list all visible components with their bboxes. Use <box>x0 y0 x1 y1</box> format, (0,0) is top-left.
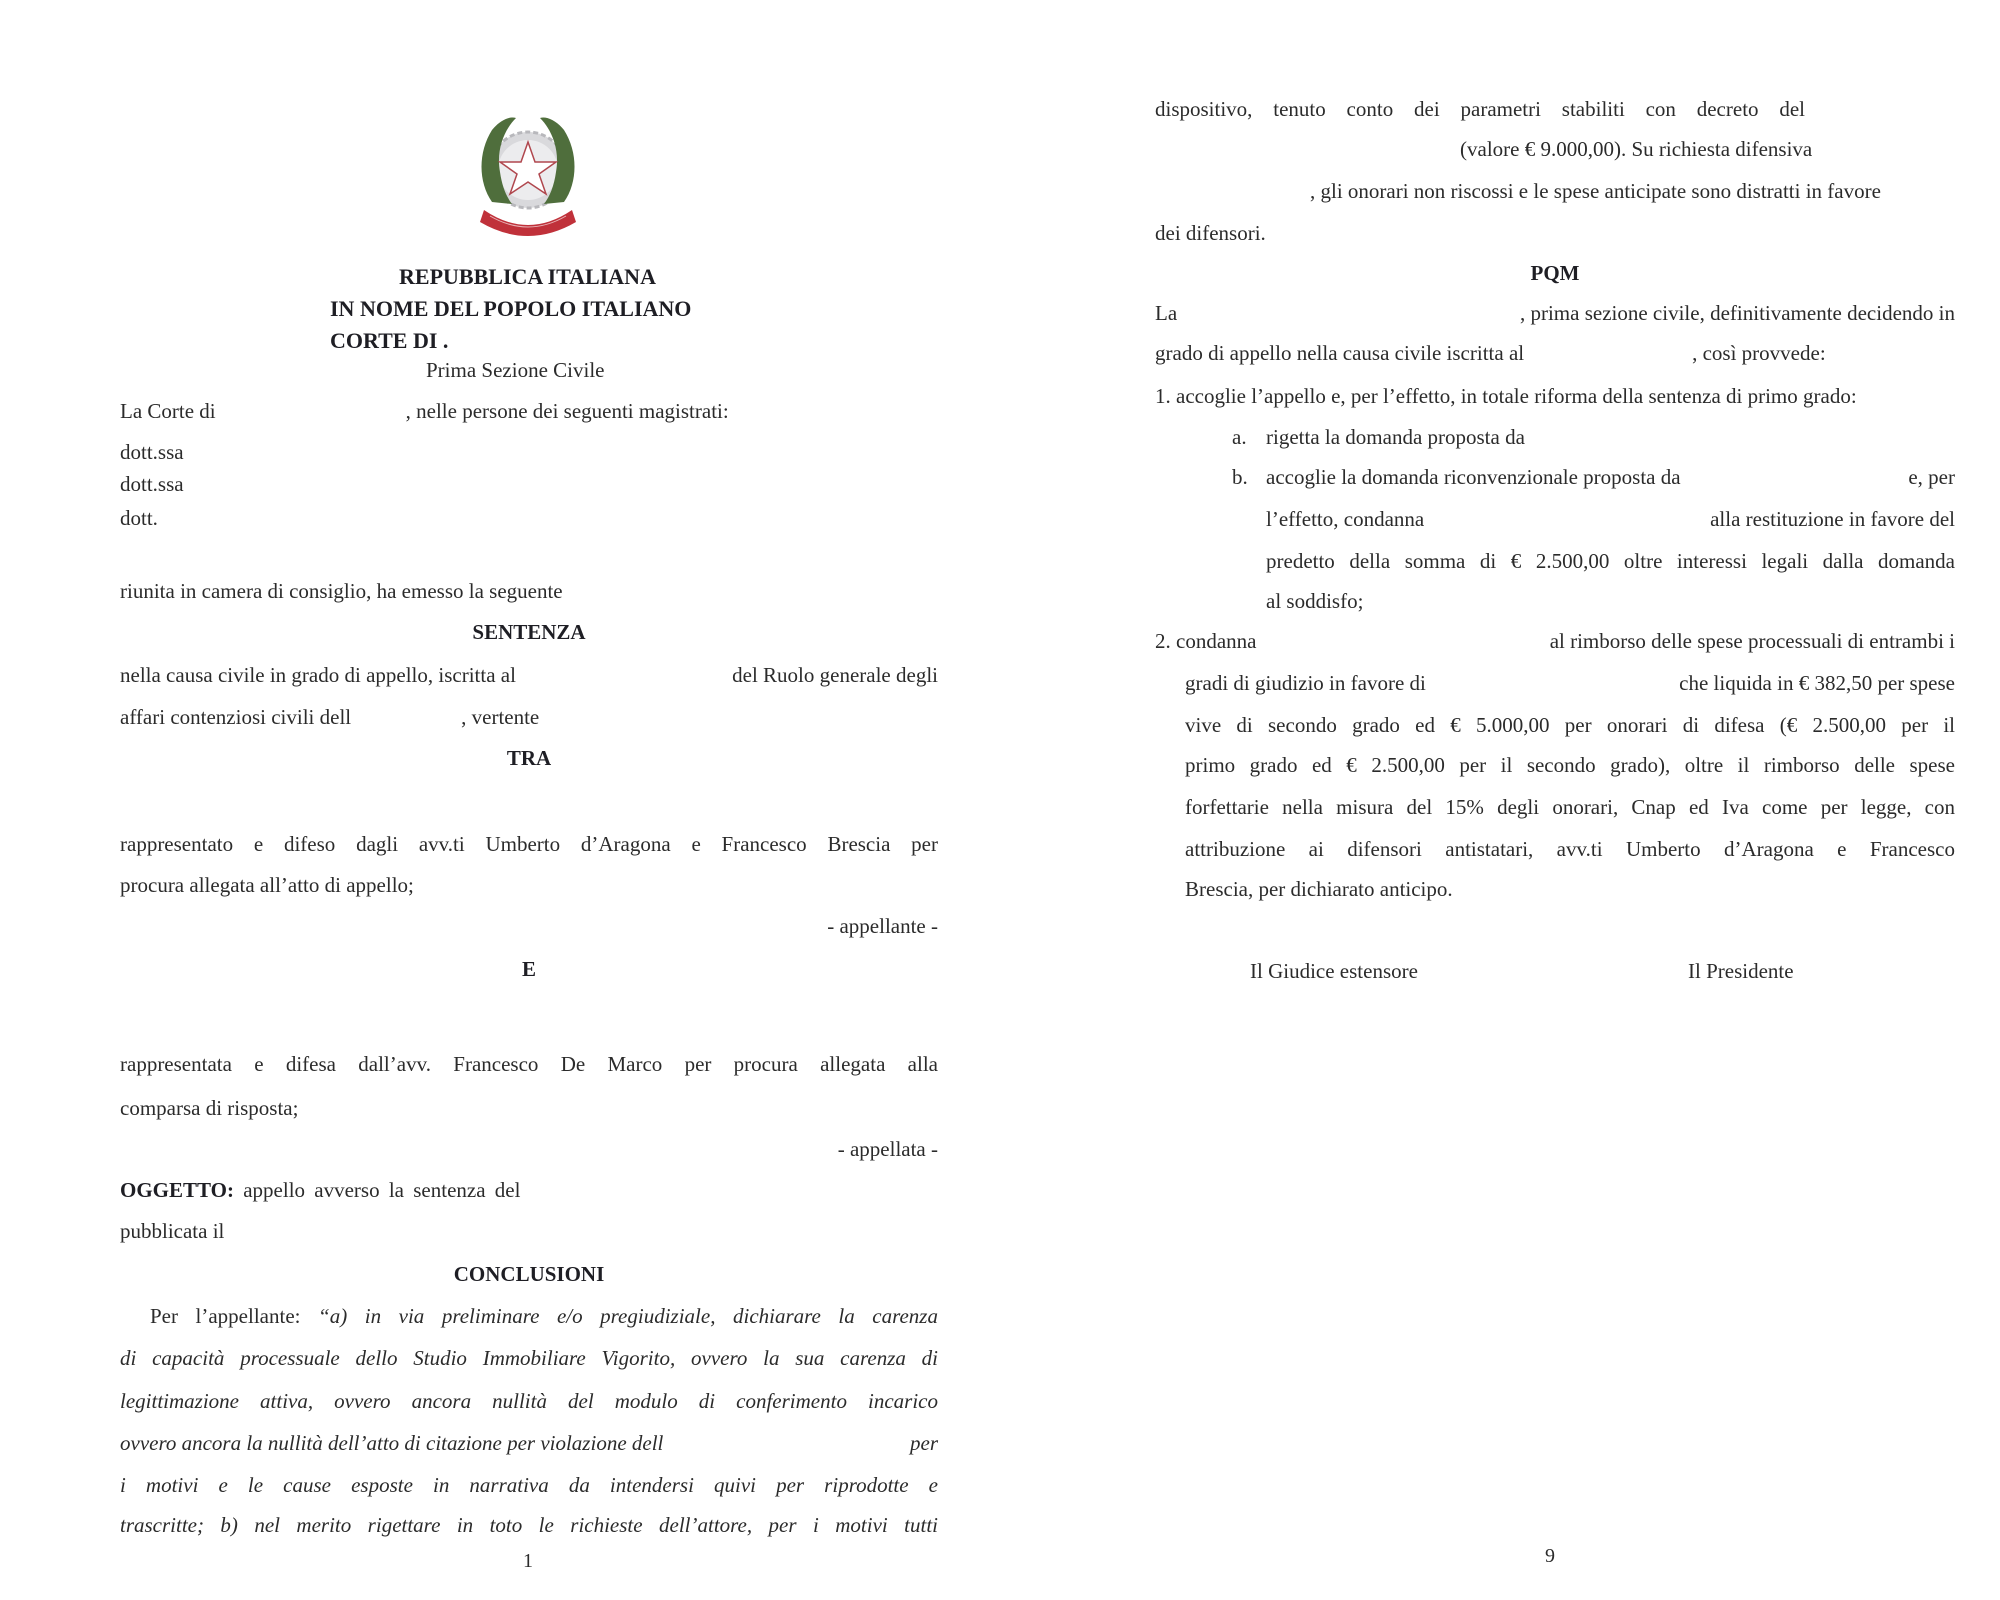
intro-line-1: dispositivo, tenuto conto dei parametri … <box>1155 96 1805 122</box>
item-1-number: 1. <box>1155 384 1171 408</box>
court-intro-after: , nelle persone dei seguenti magistrati: <box>406 399 729 423</box>
magistrate-3: dott. <box>120 505 158 531</box>
signature-judge: Il Giudice estensore <box>1250 958 1418 984</box>
oggetto-label: OGGETTO: <box>120 1178 234 1202</box>
item-2-number: 2. <box>1155 629 1171 653</box>
conclusioni-line-4-before: ovvero ancora la nullità dell’atto di ci… <box>120 1430 663 1456</box>
item-1b-line-1-before: accoglie la domanda riconvenzionale prop… <box>1266 464 1681 490</box>
header-court: CORTE DI . <box>330 328 448 354</box>
pqm-intro-2-before: grado di appello nella causa civile iscr… <box>1155 341 1524 365</box>
page-number: 9 <box>1545 1545 1555 1568</box>
item-1b-label: b. <box>1232 464 1248 490</box>
conclusioni-line-3: legittimazione attiva, ovvero ancora nul… <box>120 1388 938 1414</box>
signature-president: Il Presidente <box>1688 958 1794 984</box>
e-title: E <box>120 956 938 982</box>
item-1b-line-3: predetto della somma di € 2.500,00 oltre… <box>1266 548 1955 574</box>
oggetto-text: appello avverso la sentenza del <box>243 1178 520 1202</box>
item-2-line-6: attribuzione ai difensori antistatari, a… <box>1185 836 1955 862</box>
pqm-intro-line-1: La, prima sezione civile, definitivament… <box>1155 300 1955 326</box>
conclusioni-line-1-text: “a) in via preliminare e/o pregiudiziale… <box>318 1304 938 1328</box>
conclusioni-line-1: Per l’appellante: “a) in via preliminare… <box>150 1303 938 1329</box>
item-2-line-3: vive di secondo grado ed € 5.000,00 per … <box>1185 712 1955 738</box>
conclusioni-line-5: i motivi e le cause esposte in narrativa… <box>120 1472 938 1498</box>
item-2-line-2: gradi di giudizio in favore diche liquid… <box>1185 670 1955 696</box>
italian-republic-emblem-icon <box>470 112 586 244</box>
header-section: Prima Sezione Civile <box>426 357 604 383</box>
header-people: IN NOME DEL POPOLO ITALIANO <box>330 296 691 322</box>
item-1-text: accoglie l’appello e, per l’effetto, in … <box>1176 384 1857 408</box>
item-1a-text: rigetta la domanda proposta da <box>1266 424 1525 450</box>
magistrate-1: dott.ssa <box>120 439 184 465</box>
appellata-desc-line-1: rappresentata e difesa dall’avv. Frances… <box>120 1051 938 1077</box>
conclusioni-prefix: Per l’appellante: <box>150 1304 318 1328</box>
pqm-intro-before: La <box>1155 300 1177 326</box>
header-republic: REPUBBLICA ITALIANA <box>0 264 1055 290</box>
appellata-desc-line-2: comparsa di risposta; <box>120 1095 298 1121</box>
intro-line-3: , gli onorari non riscossi e le spese an… <box>1310 178 1881 204</box>
oggetto-line-2: pubblicata il <box>120 1218 224 1244</box>
appellata-label: - appellata - <box>120 1136 938 1162</box>
causa-line-1-after: del Ruolo generale degli <box>732 662 938 688</box>
item-1a-label: a. <box>1232 424 1247 450</box>
item-1b-line-1-after: e, per <box>1908 464 1955 490</box>
causa-line-2: affari contenziosi civili dell, vertente <box>120 704 539 730</box>
appellante-label: - appellante - <box>120 913 938 939</box>
item-2-line-1-before: condanna <box>1176 629 1256 653</box>
pqm-intro-2-after: , così provvede: <box>1692 341 1826 365</box>
conclusioni-line-4: ovvero ancora la nullità dell’atto di ci… <box>120 1430 938 1456</box>
causa-line-1-before: nella causa civile in grado di appello, … <box>120 662 516 688</box>
item-1b-line-2: l’effetto, condannaalla restituzione in … <box>1266 506 1955 532</box>
item-2-line-1: 2. condannaal rimborso delle spese proce… <box>1155 628 1955 654</box>
conclusioni-line-6: trascritte; b) nel merito rigettare in t… <box>120 1512 938 1538</box>
item-1: 1. accoglie l’appello e, per l’effetto, … <box>1155 383 1857 409</box>
document-page-9: dispositivo, tenuto conto dei parametri … <box>1000 0 2000 1600</box>
intro-line-4: dei difensori. <box>1155 220 1266 246</box>
appellante-desc-line-2: procura allegata all’atto di appello; <box>120 872 414 898</box>
court-intro-before: La Corte di <box>120 399 216 423</box>
intro-line-2: (valore € 9.000,00). Su richiesta difens… <box>1460 136 1812 162</box>
magistrate-2: dott.ssa <box>120 471 184 497</box>
riunita-text: riunita in camera di consiglio, ha emess… <box>120 578 563 604</box>
sentenza-title: SENTENZA <box>120 619 938 645</box>
causa-line-2-after: , vertente <box>461 705 539 729</box>
causa-line-1: nella causa civile in grado di appello, … <box>120 662 938 688</box>
page-number: 1 <box>523 1550 533 1573</box>
item-2-line-2-before: gradi di giudizio in favore di <box>1185 670 1426 696</box>
item-2-line-1-after: al rimborso delle spese processuali di e… <box>1550 628 1955 654</box>
conclusioni-title: CONCLUSIONI <box>120 1261 938 1287</box>
item-2-line-5: forfettarie nella misura del 15% degli o… <box>1185 794 1955 820</box>
tra-title: TRA <box>120 745 938 771</box>
appellante-desc-line-1: rappresentato e difeso dagli avv.ti Umbe… <box>120 831 938 857</box>
item-2-line-2-after: che liquida in € 382,50 per spese <box>1679 670 1955 696</box>
item-1b-line-2-after: alla restituzione in favore del <box>1710 506 1955 532</box>
item-1b-line-2-before: l’effetto, condanna <box>1266 506 1424 532</box>
item-1b-line-4: al soddisfo; <box>1266 588 1363 614</box>
oggetto-line: OGGETTO: appello avverso la sentenza del <box>120 1177 520 1203</box>
pqm-intro-line-2: grado di appello nella causa civile iscr… <box>1155 340 1826 366</box>
causa-line-2-before: affari contenziosi civili dell <box>120 705 351 729</box>
conclusioni-line-4-after: per <box>910 1430 938 1456</box>
pqm-intro-after: , prima sezione civile, definitivamente … <box>1520 300 1955 326</box>
conclusioni-line-2: di capacità processuale dello Studio Imm… <box>120 1345 938 1371</box>
document-page-1: REPUBBLICA ITALIANA IN NOME DEL POPOLO I… <box>0 0 1000 1600</box>
item-2-line-7: Brescia, per dichiarato anticipo. <box>1185 876 1453 902</box>
item-1b-line-1: accoglie la domanda riconvenzionale prop… <box>1266 464 1955 490</box>
court-intro: La Corte di, nelle persone dei seguenti … <box>120 398 729 424</box>
item-2-line-4: primo grado ed € 2.500,00 per il secondo… <box>1185 752 1955 778</box>
pqm-title: PQM <box>1155 260 1955 286</box>
